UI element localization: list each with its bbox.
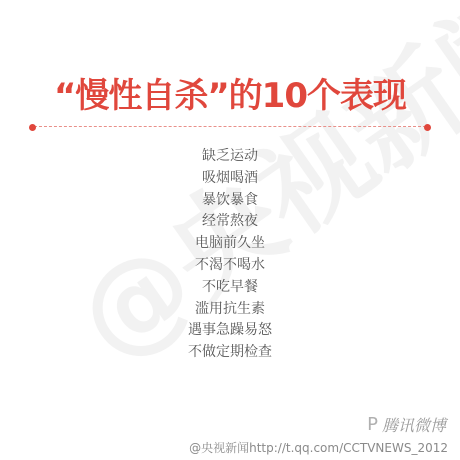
list-item: 不吃早餐	[0, 277, 460, 299]
divider-dashed-line	[34, 126, 426, 127]
symptom-list: 缺乏运动 吸烟喝酒 暴饮暴食 经常熬夜 电脑前久坐 不渴不喝水 不吃早餐 滥用抗…	[0, 146, 460, 364]
tencent-weibo-brand: P 腾讯微博	[367, 413, 446, 436]
list-item: 暴饮暴食	[0, 190, 460, 212]
tencent-weibo-logo-icon: P	[367, 414, 378, 435]
source-credit: @央视新闻http://t.qq.com/CCTVNEWS_2012	[189, 439, 448, 456]
list-item: 缺乏运动	[0, 146, 460, 168]
list-item: 经常熬夜	[0, 211, 460, 233]
divider-dot-right	[424, 124, 431, 131]
list-item: 遇事急躁易怒	[0, 320, 460, 342]
list-item: 滥用抗生素	[0, 299, 460, 321]
list-item: 不做定期检查	[0, 342, 460, 364]
list-item: 吸烟喝酒	[0, 168, 460, 190]
title-divider	[30, 124, 430, 130]
page-title: “慢性自杀”的10个表现	[0, 74, 460, 118]
divider-dot-left	[29, 124, 36, 131]
list-item: 不渴不喝水	[0, 255, 460, 277]
list-item: 电脑前久坐	[0, 233, 460, 255]
brand-name: 腾讯微博	[382, 413, 446, 436]
